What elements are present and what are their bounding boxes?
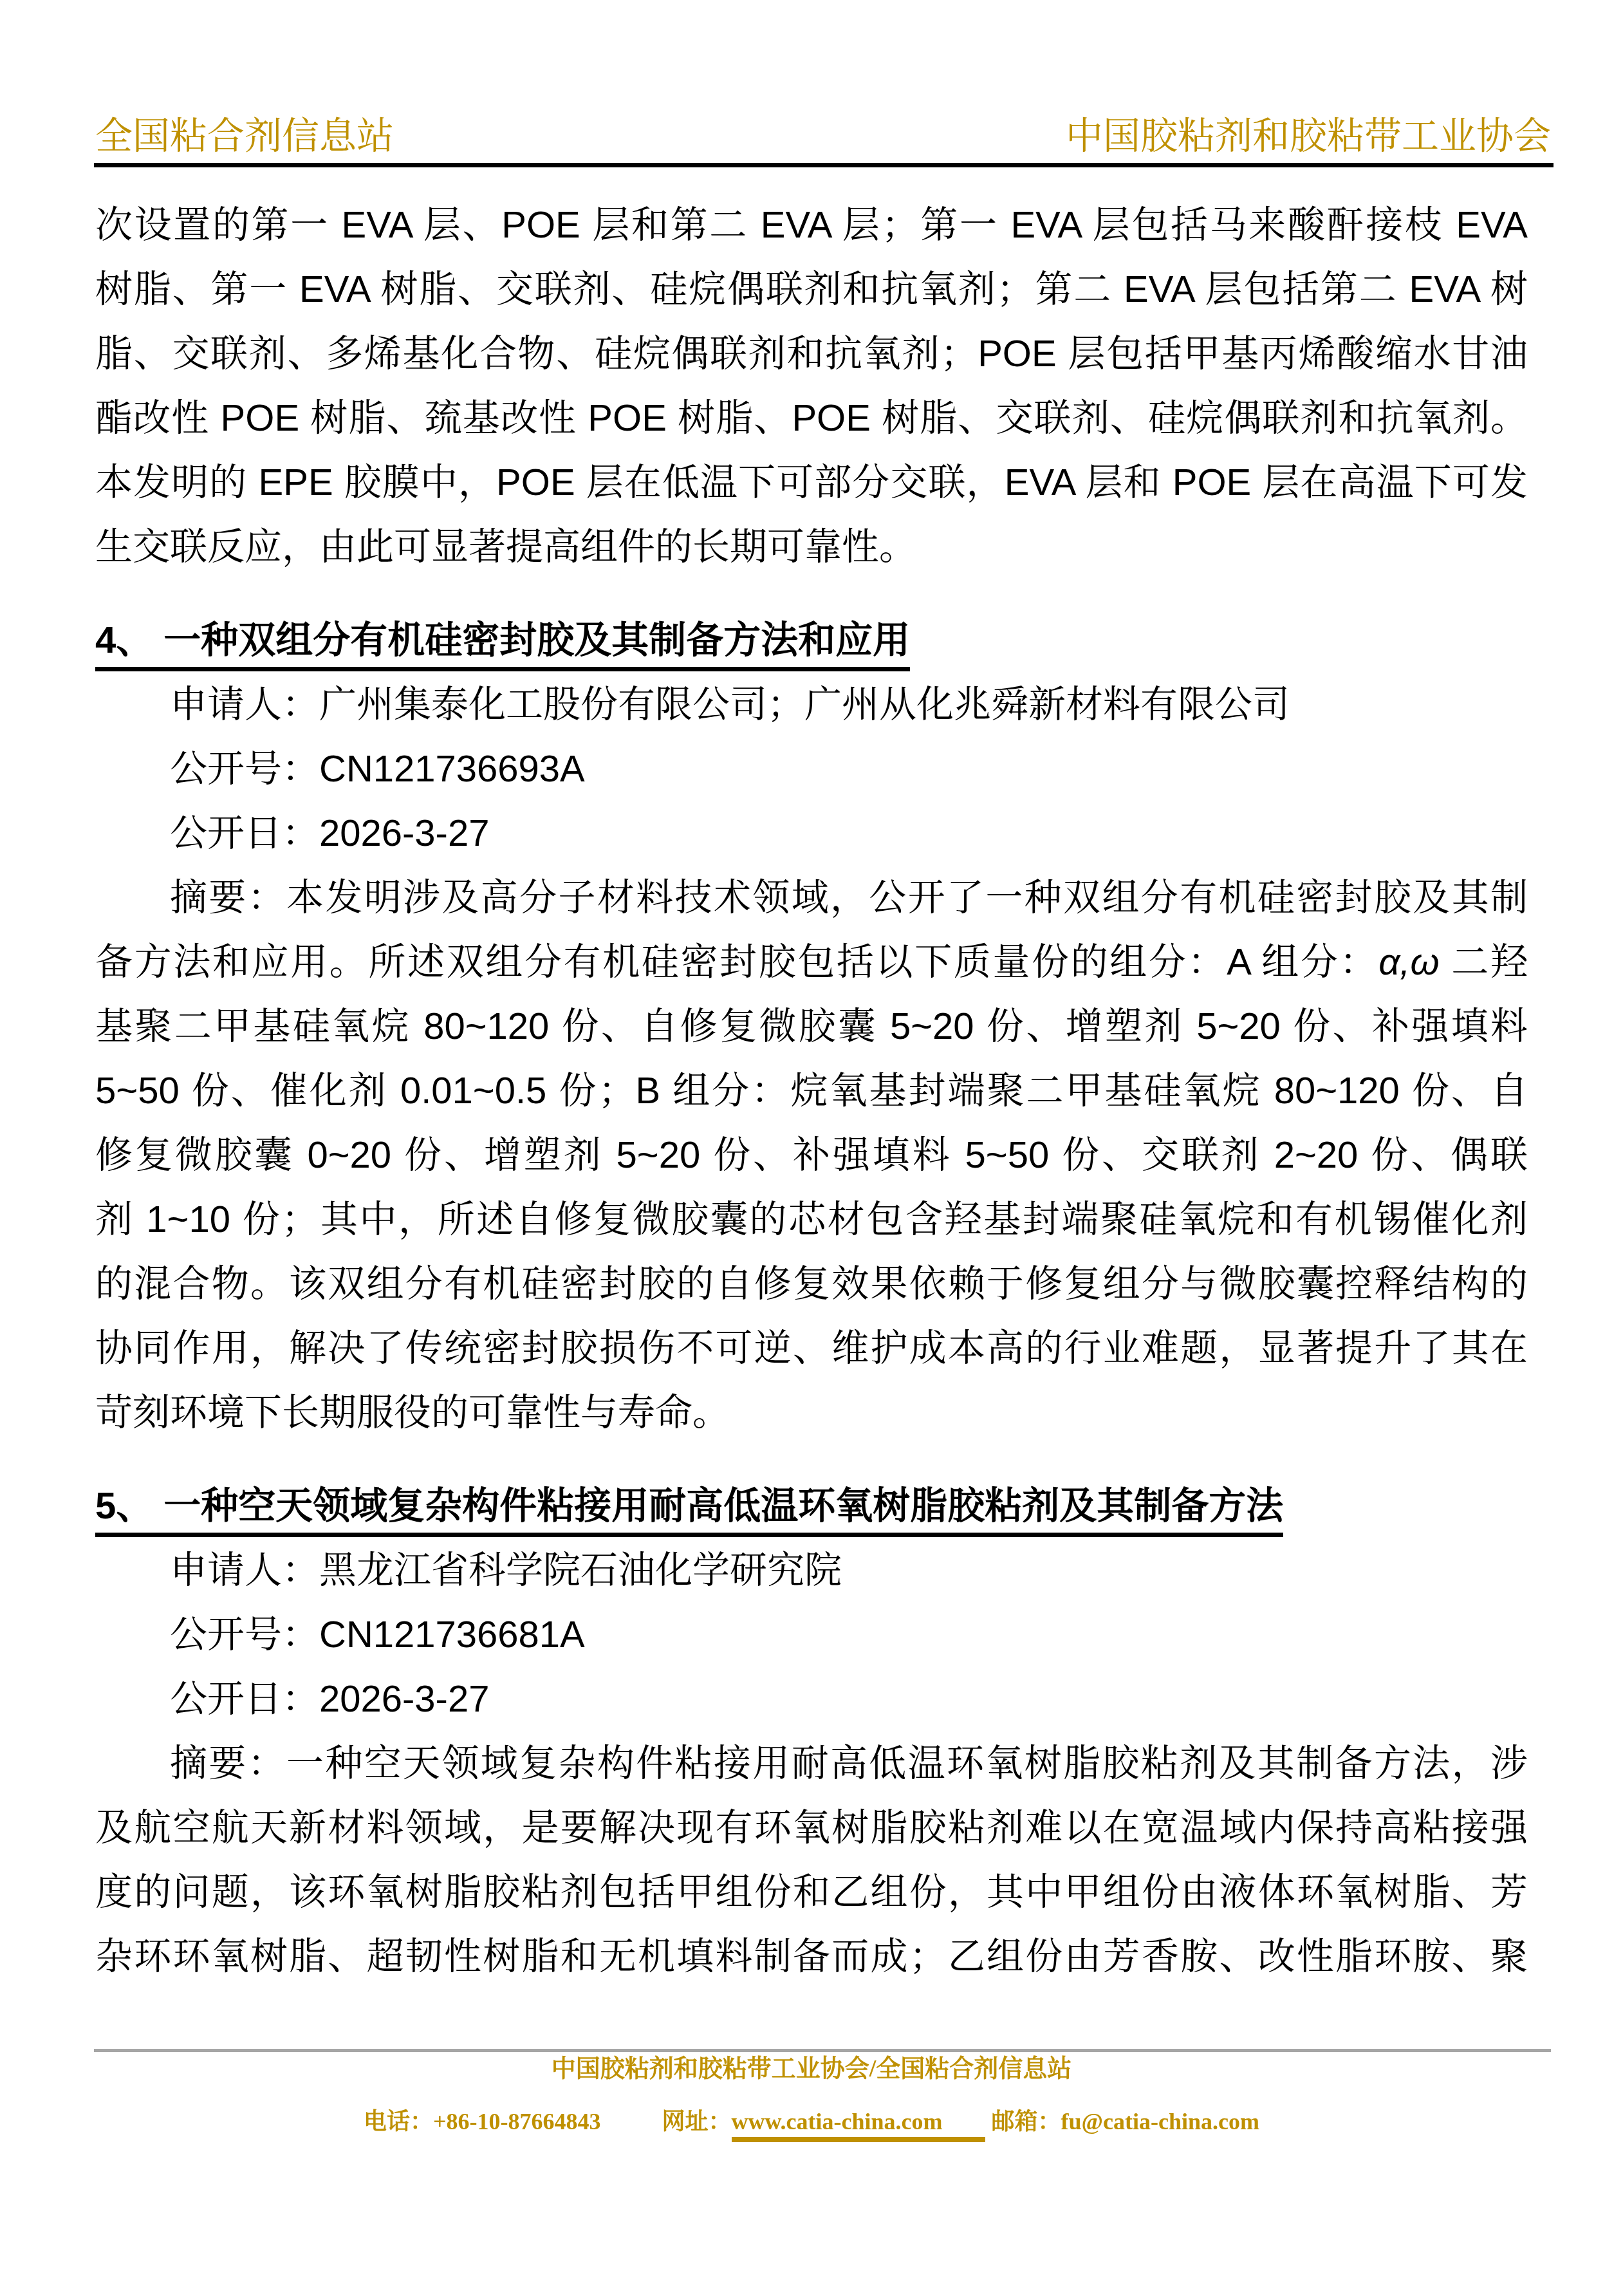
patent4-heading: 4、 一种双组分有机硅密封胶及其制备方法和应用	[95, 608, 1528, 673]
patent4-publication-date: 公开日：2026-3-27	[95, 801, 1528, 866]
patent4-applicant: 申请人：广州集泰化工股份有限公司；广州从化兆舜新材料有限公司	[95, 673, 1528, 737]
page-header: 全国粘合剂信息站 中国胶粘剂和胶粘带工业协会	[95, 112, 1551, 161]
patent5-publication-date: 公开日：2026-3-27	[95, 1667, 1528, 1731]
intro-line-6: 生交联反应，由此可显著提高组件的长期可靠性。	[95, 515, 1528, 579]
footer-website-label: 网址：	[662, 2109, 732, 2134]
intro-line-2: 树脂、第一 EVA 树脂、交联剂、硅烷偶联剂和抗氧剂；第二 EVA 层包括第二 …	[95, 257, 1528, 322]
intro-line-5: 本发明的 EPE 胶膜中，POE 层在低温下可部分交联，EVA 层和 POE 层…	[95, 451, 1528, 515]
footer-email-label: 邮箱：	[992, 2109, 1061, 2134]
patent5-applicant: 申请人：黑龙江省科学院石油化学研究院	[95, 1538, 1528, 1603]
footer-org-line: 中国胶粘剂和胶粘带工业协会/全国粘合剂信息站	[0, 2053, 1623, 2084]
patent4-abstract-line-2-post: 二羟	[1440, 941, 1528, 983]
patent5-heading-text: 5、 一种空天领域复杂构件粘接用耐高低温环氧树脂胶粘剂及其制备方法	[95, 1485, 1283, 1537]
footer-phone-label: 电话：	[364, 2109, 433, 2134]
footer-website-link[interactable]: www.catia-china.com	[732, 2109, 985, 2142]
patent4-abstract-line-7: 的混合物。该双组分有机硅密封胶的自修复效果依赖于修复组分与微胶囊控释结构的	[95, 1252, 1528, 1316]
patent5-abstract-line-4: 杂环环氧树脂、超韧性树脂和无机填料制备而成；乙组份由芳香胺、改性脂环胺、聚	[95, 1925, 1528, 1989]
greek-alpha-omega-symbol: α,ω	[1378, 941, 1439, 983]
patent5-abstract-line-2: 及航空航天新材料领域，是要解决现有环氧树脂胶粘剂难以在宽温域内保持高粘接强	[95, 1796, 1528, 1860]
intro-line-3: 脂、交联剂、多烯基化合物、硅烷偶联剂和抗氧剂；POE 层包括甲基丙烯酸缩水甘油	[95, 322, 1528, 386]
patent4-abstract-line-2: 备方法和应用。所述双组分有机硅密封胶包括以下质量份的组分：A 组分：α,ω 二羟	[95, 930, 1528, 994]
patent4-abstract-line-4: 5~50 份、催化剂 0.01~0.5 份；B 组分：烷氧基封端聚二甲基硅氧烷 …	[95, 1059, 1528, 1123]
header-site-name: 全国粘合剂信息站	[95, 112, 394, 161]
patent4-abstract-line-3: 基聚二甲基硅氧烷 80~120 份、自修复微胶囊 5~20 份、增塑剂 5~20…	[95, 994, 1528, 1059]
document-body: 次设置的第一 EVA 层、POE 层和第二 EVA 层；第一 EVA 层包括马来…	[95, 193, 1528, 1989]
patent5-abstract-line-3: 度的问题，该环氧树脂胶粘剂包括甲组份和乙组份，其中甲组份由液体环氧树脂、芳	[95, 1860, 1528, 1925]
header-rule	[94, 163, 1553, 167]
header-association-name: 中国胶粘剂和胶粘带工业协会	[1066, 112, 1551, 161]
footer-contact-line: 电话：+86-10-87664843网址：www.catia-china.com…	[0, 2105, 1623, 2138]
patent4-abstract-line-6: 剂 1~10 份；其中，所述自修复微胶囊的芯材包含羟基封端聚硅氧烷和有机锡催化剂	[95, 1188, 1528, 1252]
patent5-publication-no: 公开号：CN121736681A	[95, 1603, 1528, 1667]
patent4-abstract-line-8: 协同作用，解决了传统密封胶损伤不可逆、维护成本高的行业难题，显著提升了其在	[95, 1316, 1528, 1381]
patent5-heading: 5、 一种空天领域复杂构件粘接用耐高低温环氧树脂胶粘剂及其制备方法	[95, 1474, 1528, 1538]
intro-line-4: 酯改性 POE 树脂、巯基改性 POE 树脂、POE 树脂、交联剂、硅烷偶联剂和…	[95, 386, 1528, 451]
document-page: 全国粘合剂信息站 中国胶粘剂和胶粘带工业协会 次设置的第一 EVA 层、POE …	[0, 0, 1623, 2296]
footer-email-address: fu@catia-china.com	[1061, 2109, 1259, 2134]
patent4-heading-text: 4、 一种双组分有机硅密封胶及其制备方法和应用	[95, 619, 910, 671]
footer-phone-number: +86-10-87664843	[433, 2109, 601, 2134]
patent4-abstract-line-9: 苛刻环境下长期服役的可靠性与寿命。	[95, 1381, 1528, 1445]
patent5-abstract-line-1: 摘要：一种空天领域复杂构件粘接用耐高低温环氧树脂胶粘剂及其制备方法，涉	[95, 1731, 1528, 1796]
patent4-publication-no: 公开号：CN121736693A	[95, 737, 1528, 801]
patent4-abstract-line-2-pre: 备方法和应用。所述双组分有机硅密封胶包括以下质量份的组分：A 组分：	[95, 941, 1378, 983]
intro-line-1: 次设置的第一 EVA 层、POE 层和第二 EVA 层；第一 EVA 层包括马来…	[95, 193, 1528, 257]
patent4-abstract-line-1: 摘要：本发明涉及高分子材料技术领域，公开了一种双组分有机硅密封胶及其制	[95, 866, 1528, 930]
footer-rule	[94, 2049, 1551, 2052]
patent4-abstract-line-5: 修复微胶囊 0~20 份、增塑剂 5~20 份、补强填料 5~50 份、交联剂 …	[95, 1123, 1528, 1188]
